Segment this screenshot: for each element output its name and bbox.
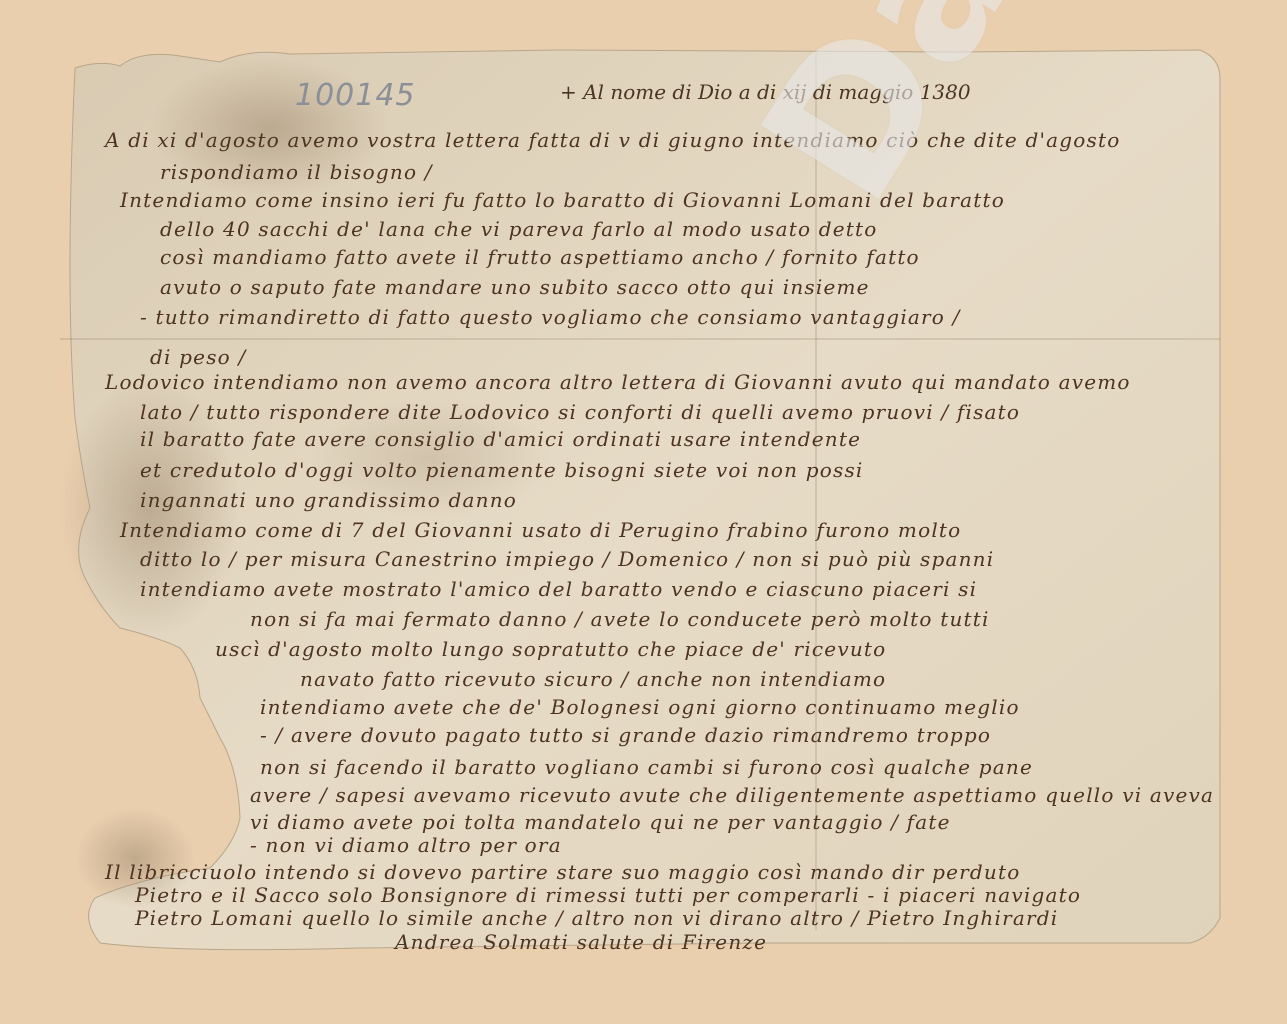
manuscript-line: così mandiamo fatto avete il frutto aspe… [160,245,920,269]
manuscript-line: uscì d'agosto molto lungo sopratutto che… [215,637,886,661]
manuscript-line: il baratto fate avere consiglio d'amici … [140,427,861,451]
manuscript-line: rispondiamo il bisogno / [160,160,433,184]
manuscript-line: dello 40 sacchi de' lana che vi pareva f… [160,217,878,241]
manuscript-line: ditto lo / per misura Canestrino impiego… [140,547,994,571]
manuscript-line: Andrea Solmati salute di Firenze [395,930,767,954]
manuscript-line: Pietro e il Sacco solo Bonsignore di rim… [135,883,1081,907]
manuscript-line: intendiamo avete mostrato l'amico del ba… [140,577,977,601]
manuscript-line: Intendiamo come di 7 del Giovanni usato … [120,518,961,542]
manuscript-line: di peso / [150,345,246,369]
manuscript-line: - non vi diamo altro per ora [250,833,562,857]
horizontal-fold-line [60,338,1220,340]
manuscript-line: - tutto rimandiretto di fatto questo vog… [140,305,961,329]
manuscript-line: Pietro Lomani quello lo simile anche / a… [135,906,1058,930]
archive-number: 100145 [295,78,416,113]
manuscript-line: intendiamo avete che de' Bolognesi ogni … [260,695,1020,719]
manuscript-line: avere / sapesi avevamo ricevuto avute ch… [250,783,1214,807]
manuscript-line: Intendiamo come insino ieri fu fatto lo … [120,188,1005,212]
letter-header: + Al nome di Dio a di xij di maggio 1380 [560,80,971,104]
manuscript-line: avuto o saputo fate mandare uno subito s… [160,275,870,299]
manuscript-line: A di xi d'agosto avemo vostra lettera fa… [105,128,1121,152]
manuscript-line: vi diamo avete poi tolta mandatelo qui n… [250,810,951,834]
manuscript-line: navato fatto ricevuto sicuro / anche non… [300,667,886,691]
manuscript-line: - / avere dovuto pagato tutto si grande … [260,723,991,747]
manuscript-line: Il libricciuolo intendo si dovevo partir… [105,860,1020,884]
manuscript-line: Lodovico intendiamo non avemo ancora alt… [105,370,1131,394]
manuscript-line: lato / tutto rispondere dite Lodovico si… [140,400,1020,424]
manuscript-line: non si facendo il baratto vogliano cambi… [260,755,1033,779]
manuscript-line: et credutolo d'oggi volto pienamente bis… [140,458,864,482]
manuscript-line: non si fa mai fermato danno / avete lo c… [250,607,990,631]
manuscript-line: ingannati uno grandissimo danno [140,488,517,512]
